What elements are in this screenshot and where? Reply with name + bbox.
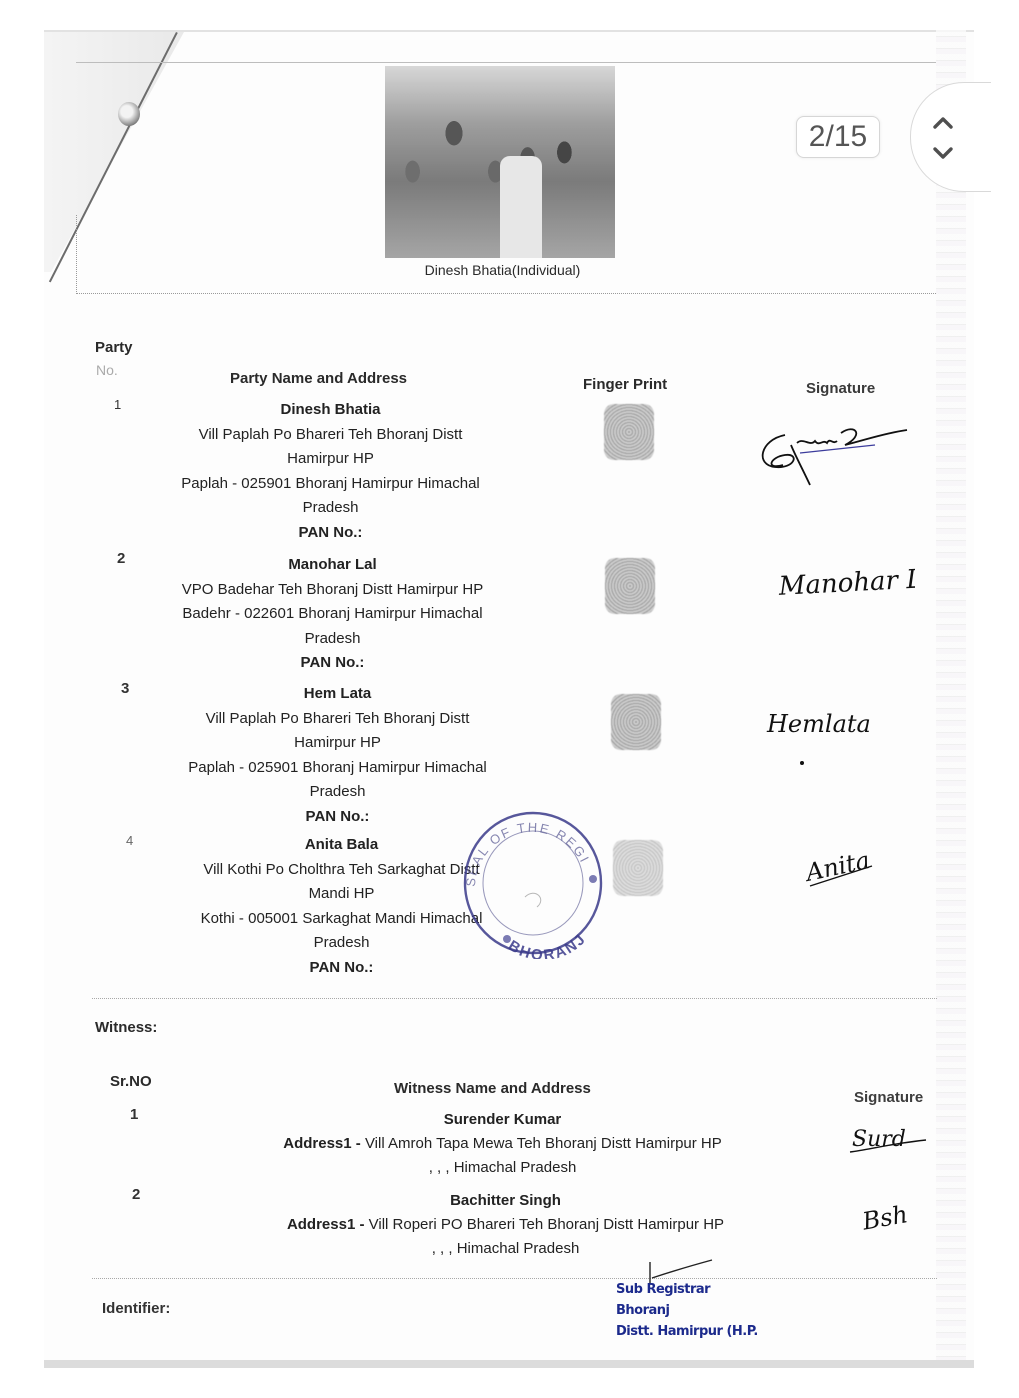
sub-registrar-district: Distt. Hamirpur (H.P.	[616, 1321, 758, 1342]
witness-address-label: Address1 -	[283, 1135, 365, 1152]
chevron-down-icon[interactable]	[931, 141, 955, 165]
fingerprint-image	[604, 404, 654, 460]
identifier-label: Identifier:	[102, 1300, 170, 1317]
header-signature: Signature	[806, 380, 875, 397]
header-party-name-address: Party Name and Address	[230, 370, 407, 387]
svg-text:Manohar Lal: Manohar Lal	[777, 563, 915, 602]
witness-section-label: Witness:	[95, 1019, 157, 1036]
witness-row: Bachitter Singh Address1 - Vill Roperi P…	[253, 1189, 758, 1261]
registrar-seal-stamp: SEAL OF THE REGISTRAR BHORANJ	[455, 807, 605, 959]
fingerprint-image	[613, 840, 663, 896]
party-address-line: Vill Paplah Po Bhareri Teh Bhoranj Distt	[165, 707, 510, 732]
party-address-line: Pradesh	[160, 627, 505, 652]
sub-registrar-title: Sub Registrar	[616, 1279, 758, 1300]
header-party-no-line2: No.	[96, 362, 118, 378]
party-pan: PAN No.:	[169, 956, 514, 981]
fingerprint-image	[605, 558, 655, 614]
witness-address-text: Vill Roperi PO Bhareri Teh Bhoranj Distt…	[369, 1216, 724, 1233]
fingerprint-image	[611, 694, 661, 750]
signature-image: Hemlata	[765, 700, 885, 770]
signature-image: Manohar Lal	[775, 558, 915, 608]
party-address-line: Vill Paplah Po Bhareri Teh Bhoranj Distt	[158, 423, 503, 448]
party-row: Manohar Lal VPO Badehar Teh Bhoranj Dist…	[160, 553, 505, 676]
party-number: 4	[126, 833, 133, 848]
photo-caption: Dinesh Bhatia(Individual)	[385, 262, 620, 278]
witness-number: 1	[130, 1106, 138, 1123]
party-address-line: Paplah - 025901 Bhoranj Hamirpur Himacha…	[165, 756, 510, 781]
party-number: 3	[121, 680, 129, 697]
witness-header-sr-no: Sr.NO	[110, 1073, 152, 1090]
signature-image: Bsh	[860, 1185, 940, 1245]
svg-text:BHORANJ: BHORANJ	[505, 930, 590, 959]
witness-name: Surender Kumar	[250, 1108, 755, 1132]
sub-registrar-stamp: Sub Registrar Bhoranj Distt. Hamirpur (H…	[616, 1279, 758, 1342]
section-divider	[92, 998, 937, 1000]
party-number: 2	[117, 550, 125, 567]
party-pan: PAN No.:	[160, 651, 505, 676]
party-name: Hem Lata	[165, 682, 510, 707]
party-address-line: Hamirpur HP	[165, 731, 510, 756]
signature-image: Anita	[800, 838, 890, 898]
svg-text:Anita: Anita	[801, 846, 872, 887]
svg-text:Surd: Surd	[852, 1127, 906, 1152]
party-number: 1	[114, 397, 121, 412]
witness-header-signature: Signature	[854, 1089, 923, 1106]
svg-text:Bsh: Bsh	[860, 1200, 910, 1236]
witness-name: Bachitter Singh	[253, 1189, 758, 1213]
party-pan: PAN No.:	[158, 521, 503, 546]
signature-image: Surd	[848, 1118, 933, 1158]
witness-number: 2	[132, 1186, 140, 1203]
party-address-line: Pradesh	[158, 496, 503, 521]
party-address-line: Badehr - 022601 Bhoranj Hamirpur Himacha…	[160, 602, 505, 627]
party-address-line: Paplah - 025901 Bhoranj Hamirpur Himacha…	[158, 472, 503, 497]
page-bottom-shadow	[44, 1360, 974, 1368]
witness-row: Surender Kumar Address1 - Vill Amroh Tap…	[250, 1108, 755, 1180]
party-address-line: VPO Badehar Teh Bhoranj Distt Hamirpur H…	[160, 578, 505, 603]
header-party-no: Party	[95, 339, 133, 356]
party-address-line: Pradesh	[165, 780, 510, 805]
page-counter: 2/15	[796, 116, 880, 158]
party-row: Dinesh Bhatia Vill Paplah Po Bhareri Teh…	[158, 398, 503, 545]
signature-image	[755, 415, 915, 490]
party-name: Manohar Lal	[160, 553, 505, 578]
party-address-line: Hamirpur HP	[158, 447, 503, 472]
party-name: Dinesh Bhatia	[158, 398, 503, 423]
witness-address: Address1 - Vill Amroh Tapa Mewa Teh Bhor…	[250, 1132, 755, 1156]
witness-address-text: Vill Amroh Tapa Mewa Teh Bhoranj Distt H…	[365, 1135, 722, 1152]
header-finger-print: Finger Print	[583, 376, 667, 393]
witness-address: Address1 - Vill Roperi PO Bhareri Teh Bh…	[253, 1213, 758, 1237]
header-box-left-border	[76, 215, 78, 292]
section-divider	[92, 1278, 937, 1280]
witness-address-line2: , , , Himachal Pradesh	[250, 1156, 755, 1180]
party-photo	[385, 66, 615, 258]
witness-address-label: Address1 -	[287, 1216, 369, 1233]
page-edge-texture	[936, 30, 966, 1360]
sub-registrar-office: Bhoranj	[616, 1300, 758, 1321]
svg-text:Hemlata: Hemlata	[766, 710, 871, 738]
chevron-up-icon[interactable]	[931, 111, 955, 135]
witness-header-name-address: Witness Name and Address	[394, 1080, 591, 1097]
